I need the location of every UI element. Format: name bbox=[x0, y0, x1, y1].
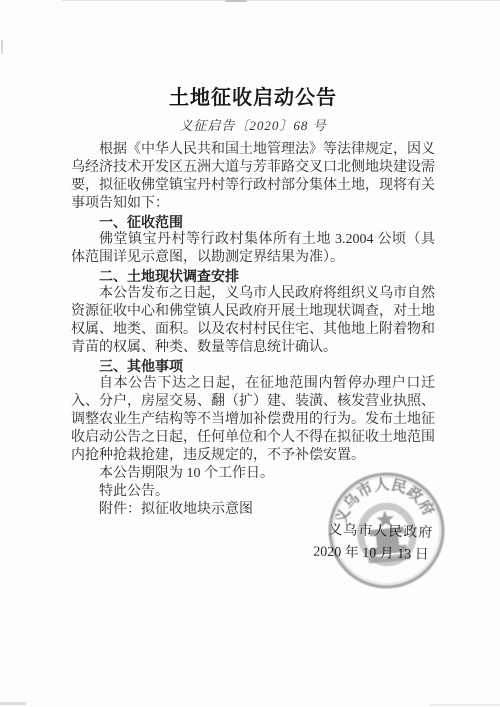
scan-smudge-left bbox=[1, 40, 3, 54]
heading-survey-arrangement: 二、土地现状调查安排 bbox=[71, 267, 435, 285]
paragraph-survey: 本公告发布之日起，义乌市人民政府将组织义乌市自然资源征收中心和佛堂镇人民政府开展… bbox=[71, 285, 435, 357]
paragraph-hereby: 特此公告。 bbox=[71, 483, 435, 501]
scanned-announcement-page: 土地征收启动公告 义征启告〔2020〕68 号 根据《中华人民共和国土地管理法》… bbox=[0, 0, 500, 707]
doc-number: 义征启告〔2020〕68 号 bbox=[71, 118, 435, 134]
document-content: 土地征收启动公告 义征启告〔2020〕68 号 根据《中华人民共和国土地管理法》… bbox=[71, 0, 435, 566]
heading-scope: 一、征收范围 bbox=[71, 213, 435, 231]
heading-other-matters: 三、其他事项 bbox=[71, 357, 435, 375]
scan-smudge-bottom-right bbox=[430, 704, 500, 706]
paragraph-duration: 本公告期限为 10 个工作日。 bbox=[71, 465, 435, 483]
paragraph-scope: 佛堂镇宝丹村等行政村集体所有土地 3.2004 公顷（具体范围详见示意图，以勘测… bbox=[71, 231, 435, 267]
paragraph-other-matters: 自本公告下达之日起，在征地范围内暂停办理户口迁入、分户，房屋交易、翻（扩）建、装… bbox=[71, 375, 435, 465]
scan-smudge-bottom-left bbox=[0, 702, 26, 705]
signature-block: 义乌市人民政府 2020 年 10 月 13 日 bbox=[71, 514, 436, 566]
document-body: 根据《中华人民共和国土地管理法》等法律规定，因义乌经济技术开发区五洲大道与芳菲路… bbox=[71, 141, 435, 519]
paragraph-intro: 根据《中华人民共和国土地管理法》等法律规定，因义乌经济技术开发区五洲大道与芳菲路… bbox=[71, 141, 435, 213]
page-title: 土地征收启动公告 bbox=[71, 86, 435, 110]
